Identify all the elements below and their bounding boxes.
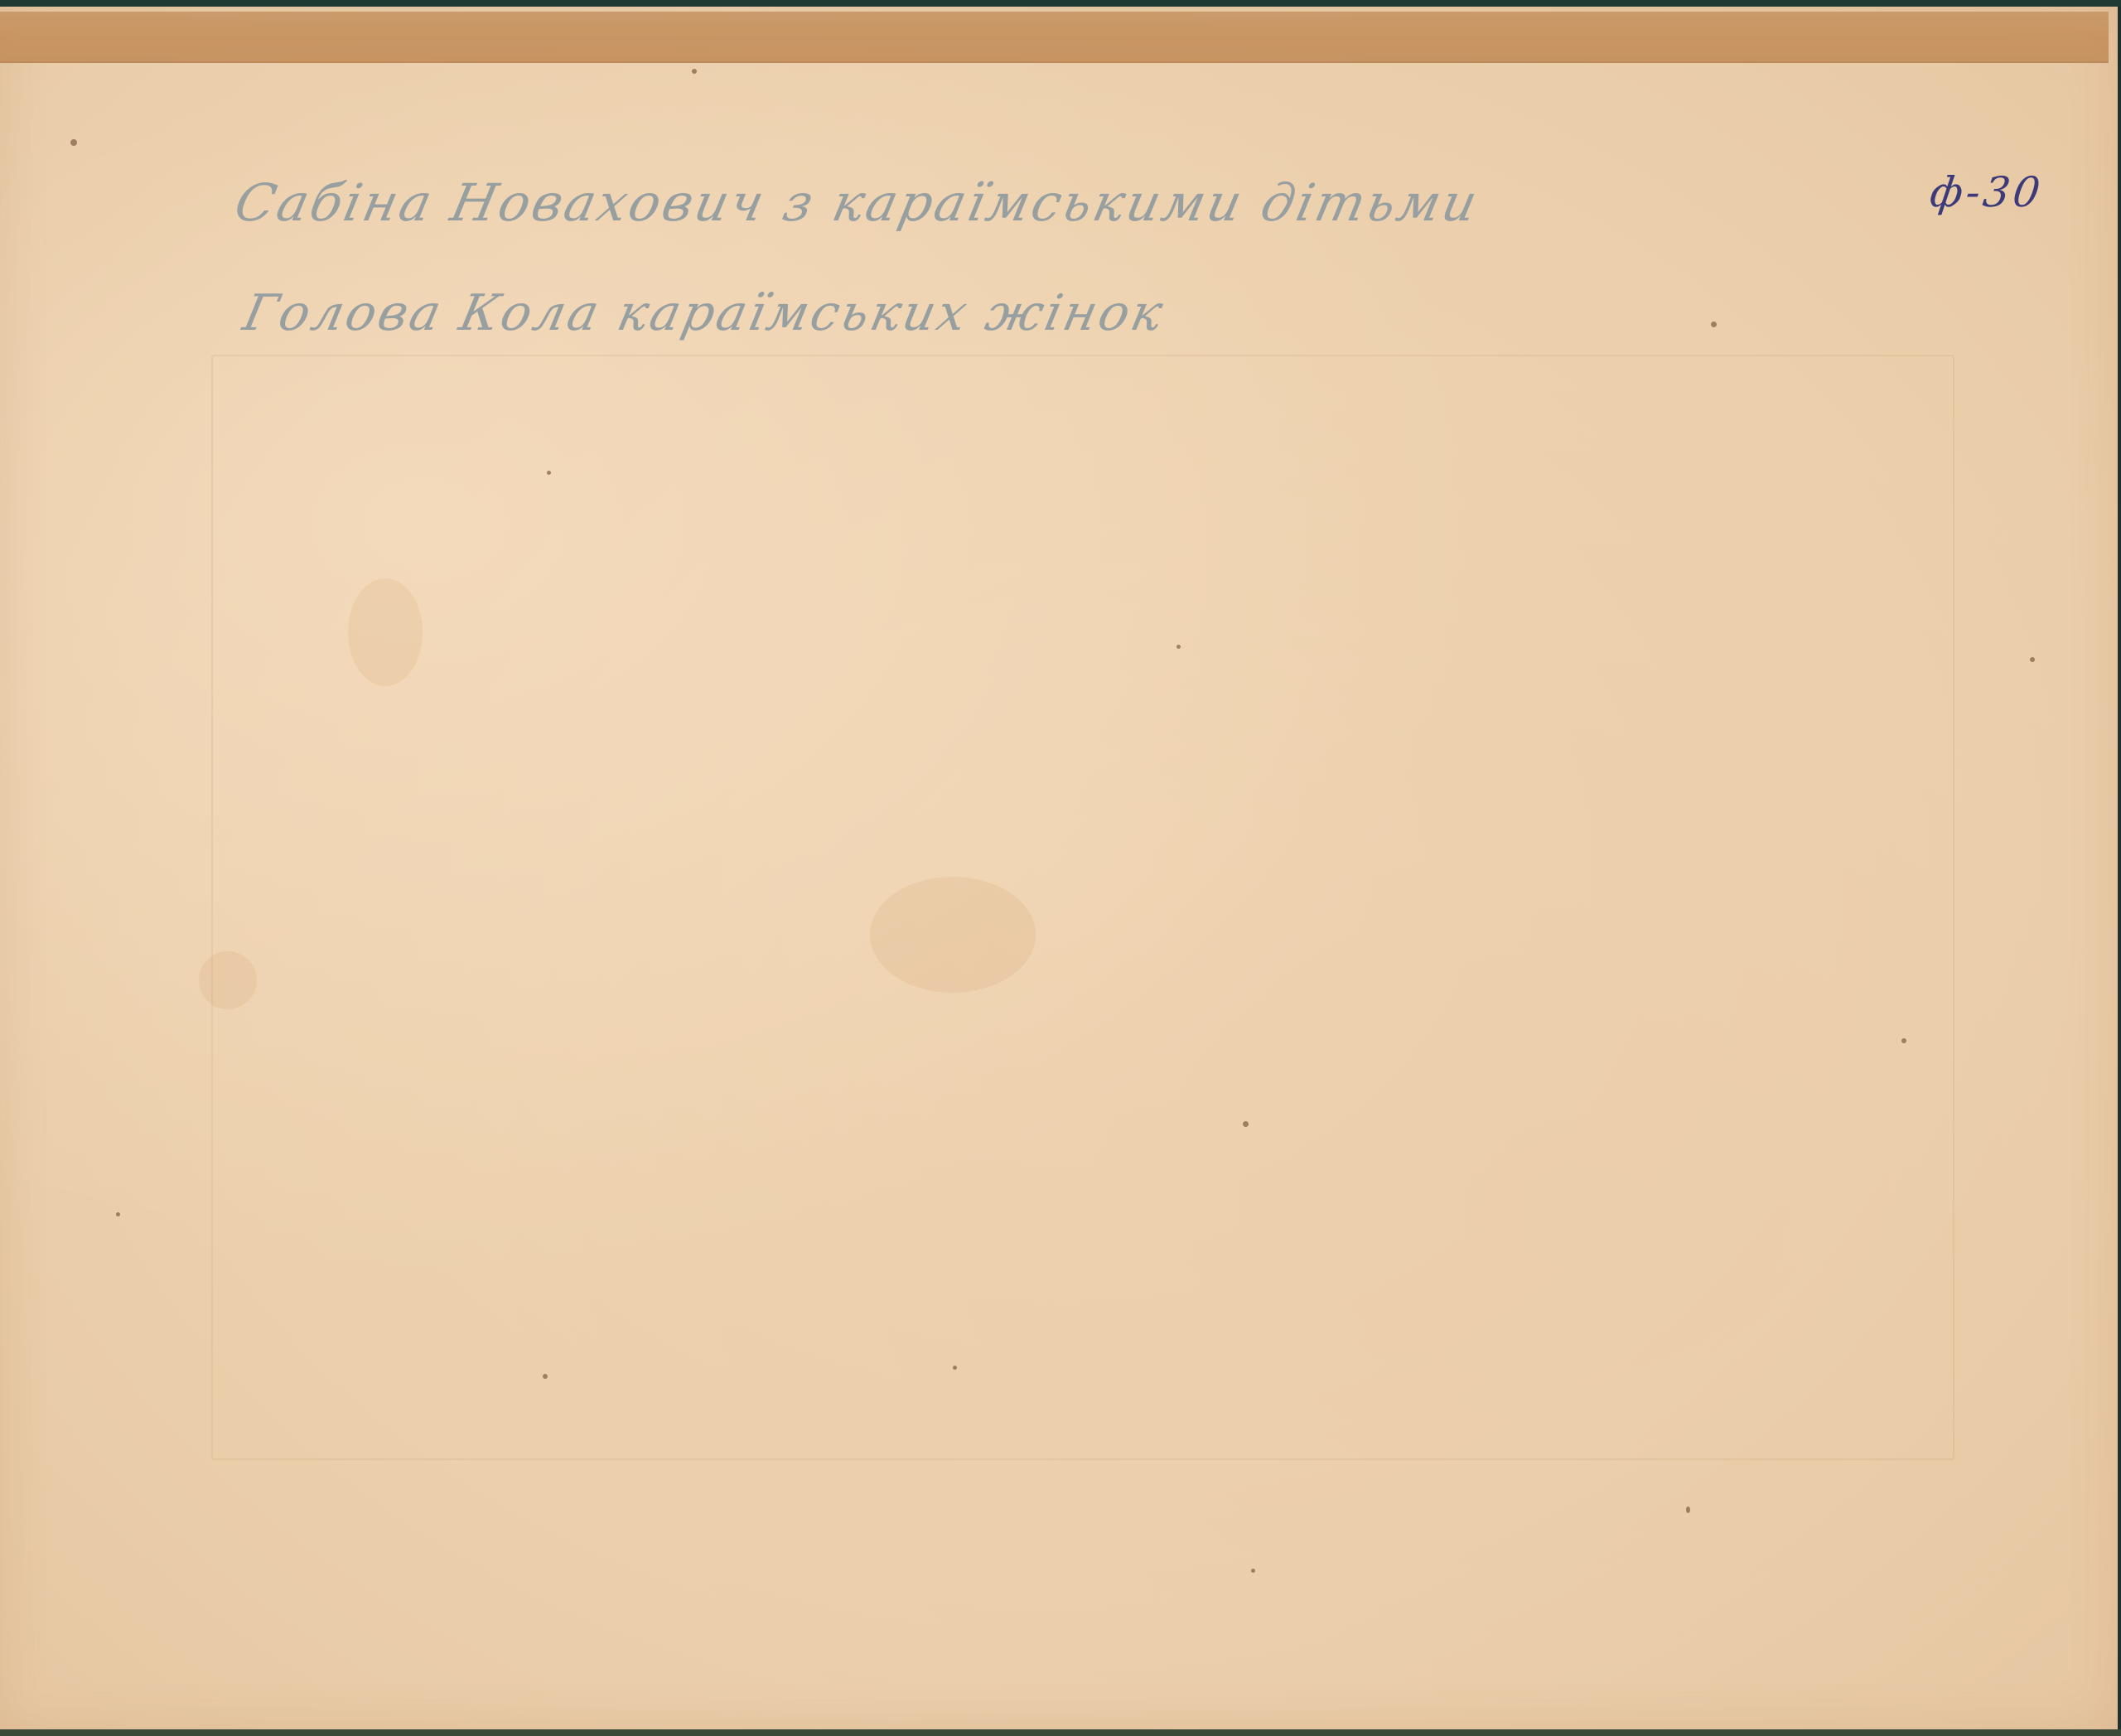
embossed-plate-mark xyxy=(211,355,1954,1460)
foxing-stain xyxy=(870,877,1036,993)
paper-speck xyxy=(1243,1121,1249,1127)
paper-speck xyxy=(1901,1038,1906,1043)
adhesive-tape-residue xyxy=(0,12,2109,63)
paper-speck xyxy=(547,471,551,475)
paper-speck xyxy=(692,69,697,74)
foxing-stain xyxy=(348,578,423,686)
paper-speck xyxy=(1686,1506,1690,1513)
foxing-stain xyxy=(199,951,257,1009)
paper-speck xyxy=(70,139,77,146)
pencil-caption-line-1: Сабіна Новахович з караїмськими дітьми xyxy=(229,172,1485,233)
pencil-caption-line-2: Голова Кола караїмських жінок xyxy=(239,284,1171,342)
paper-speck xyxy=(1711,322,1717,327)
scan-top-edge xyxy=(0,0,2121,7)
paper-speck xyxy=(1176,645,1181,649)
paper-speck xyxy=(543,1374,548,1379)
paper-speck xyxy=(1251,1569,1255,1573)
photo-mount-back: Сабіна Новахович з караїмськими дітьми Г… xyxy=(0,7,2118,1730)
paper-speck xyxy=(953,1366,957,1370)
ink-catalog-number: ф-30 xyxy=(1927,168,2046,216)
paper-speck xyxy=(116,1212,120,1216)
paper-speck xyxy=(2030,657,2035,662)
scan-bottom-edge xyxy=(0,1729,2121,1736)
